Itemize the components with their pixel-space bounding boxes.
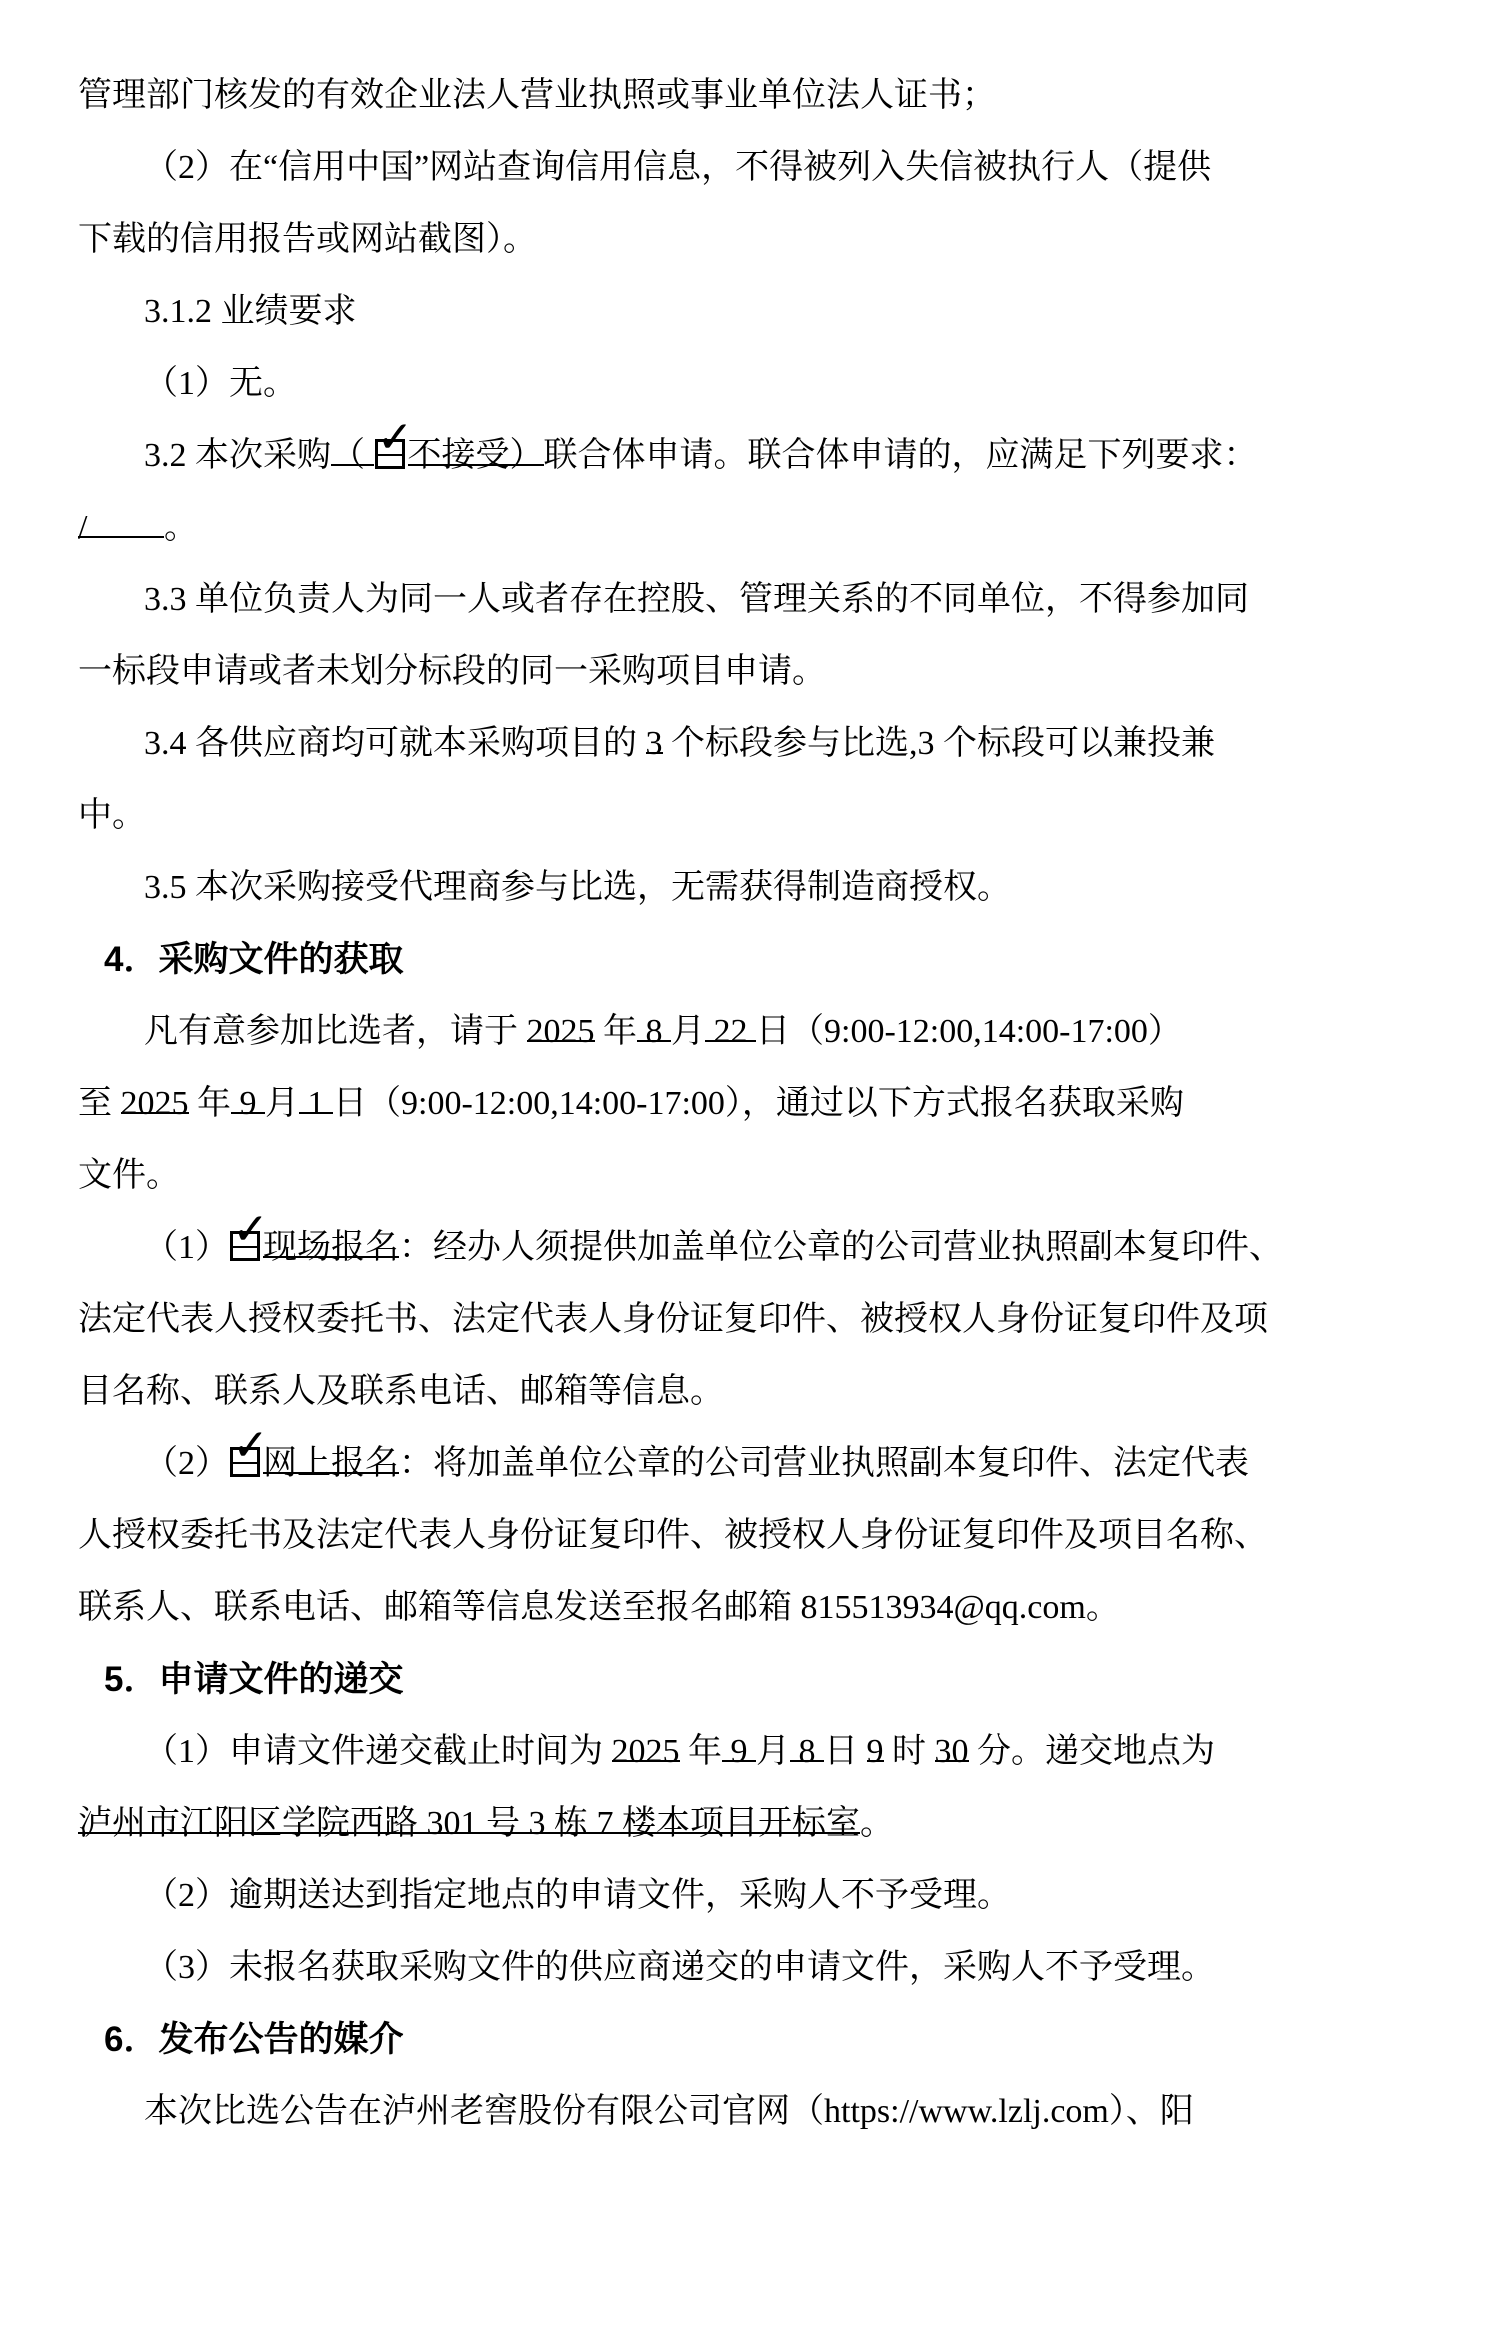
text-run: 9 [722, 1733, 756, 1772]
text-run: 文件。 [78, 1157, 180, 1194]
para-submission-deadline: （1）申请文件递交截止时间为 2025 年 9 月 8 日 9 时 30 分。递… [78, 1716, 1430, 1788]
text-run: （2） [144, 1445, 229, 1482]
text-run: 8 [637, 1013, 671, 1052]
text-run: 8 [790, 1733, 824, 1772]
text-run: 2025 [527, 1013, 595, 1052]
clause-3-5: 3.5 本次采购接受代理商参与比选，无需获得制造商授权。 [78, 852, 1430, 924]
text-run: （1）无。 [144, 365, 297, 402]
text-run: 管理部门核发的有效企业法人营业执照或事业单位法人证书； [78, 77, 996, 114]
text-run: （1）申请文件递交截止时间为 [144, 1733, 612, 1770]
text-run: 联系人、联系电话、邮箱等信息发送至报名邮箱 815513934@qq.com。 [78, 1589, 1120, 1626]
text-run: 一标段申请或者未划分标段的同一采购项目申请。 [78, 653, 826, 690]
para-submission-address: 泸州市江阳区学院西路 301 号 3 栋 7 楼本项目开标室。 [78, 1788, 1430, 1860]
checked-checkbox-icon [230, 1447, 260, 1477]
para-obtain-docs-date: 凡有意参加比选者，请于 2025 年 8 月 22 日（9:00-12:00,1… [78, 996, 1430, 1068]
text-run: 3.2 本次采购 [144, 437, 331, 474]
text-run: 月 [671, 1013, 705, 1050]
text-run: 30 [935, 1733, 969, 1772]
text-run: 中。 [78, 797, 146, 834]
checked-checkbox-icon [230, 1231, 260, 1261]
text-run: 3.5 本次采购接受代理商参与比选，无需获得制造商授权。 [144, 869, 1011, 906]
para-onsite-signup-cont-2: 目名称、联系人及联系电话、邮箱等信息。 [78, 1356, 1430, 1428]
para-onsite-signup-cont-1: 法定代表人授权委托书、法定代表人身份证复印件、被授权人身份证复印件及项 [78, 1284, 1430, 1356]
text-run: 日（9:00-12:00,14:00-17:00），通过以下方式报名获取采购 [333, 1085, 1184, 1122]
text-run: 月 [756, 1733, 790, 1770]
text-run: 目名称、联系人及联系电话、邮箱等信息。 [78, 1373, 724, 1410]
text-run: 6．发布公告的媒介 [104, 2020, 403, 2059]
para-onsite-signup: （1）现场报名：经办人须提供加盖单位公章的公司营业执照副本复印件、 [78, 1212, 1430, 1284]
text-run: 。 [860, 1805, 894, 1842]
text-run: 3.3 单位负责人为同一人或者存在控股、管理关系的不同单位，不得参加同 [144, 581, 1249, 618]
text-run: / [78, 509, 164, 548]
text-run: 3.1.2 业绩要求 [144, 293, 357, 330]
text-run: 网上报名 [263, 1445, 399, 1484]
text-run: 年 [595, 1013, 638, 1050]
clause-3-1-2: 3.1.2 业绩要求 [78, 276, 1430, 348]
text-run: 3.4 各供应商均可就本采购项目的 [144, 725, 646, 762]
para-announcement-media: 本次比选公告在泸州老窖股份有限公司官网（https://www.lzlj.com… [78, 2076, 1430, 2148]
checked-checkbox-icon [375, 439, 405, 469]
text-run: 年 [189, 1085, 232, 1122]
document-body: 管理部门核发的有效企业法人营业执照或事业单位法人证书；（2）在“信用中国”网站查… [78, 60, 1430, 2148]
clause-3-2: 3.2 本次采购（ 不接受）联合体申请。联合体申请的，应满足下列要求： [78, 420, 1430, 492]
text-run: 凡有意参加比选者，请于 [144, 1013, 527, 1050]
text-run: 下载的信用报告或网站截图）。 [78, 221, 537, 258]
heading-5: 5．申请文件的递交 [78, 1644, 1430, 1716]
text-run: 2025 [612, 1733, 680, 1772]
para-online-signup-cont-2: 联系人、联系电话、邮箱等信息发送至报名邮箱 815513934@qq.com。 [78, 1572, 1430, 1644]
text-run: 个标段参与比选,3 个标段可以兼投兼 [663, 725, 1216, 762]
text-run: 1 [299, 1085, 333, 1124]
clause-3-4: 3.4 各供应商均可就本采购项目的 3 个标段参与比选,3 个标段可以兼投兼 [78, 708, 1430, 780]
text-run: 分。递交地点为 [969, 1733, 1216, 1770]
clause-3-2-blank: / 。 [78, 492, 1430, 564]
text-run: 不接受） [408, 437, 544, 476]
text-run: 22 [705, 1013, 756, 1052]
text-run: 现场报名 [263, 1229, 399, 1268]
text-run: 9 [231, 1085, 265, 1124]
para-obtain-docs-date-cont: 至 2025 年 9 月 1 日（9:00-12:00,14:00-17:00）… [78, 1068, 1430, 1140]
text-run: 泸州市江阳区学院西路 301 号 3 栋 7 楼本项目开标室 [78, 1805, 860, 1844]
text-run: 2025 [121, 1085, 189, 1124]
text-run: 日 [824, 1733, 867, 1770]
text-run: 法定代表人授权委托书、法定代表人身份证复印件、被授权人身份证复印件及项 [78, 1301, 1268, 1338]
text-run: 4．采购文件的获取 [104, 940, 403, 979]
heading-6: 6．发布公告的媒介 [78, 2004, 1430, 2076]
text-run: ：经办人须提供加盖单位公章的公司营业执照副本复印件、 [399, 1229, 1283, 1266]
para-credit-china-cont: 下载的信用报告或网站截图）。 [78, 204, 1430, 276]
text-run: 人授权委托书及法定代表人身份证复印件、被授权人身份证复印件及项目名称、 [78, 1517, 1268, 1554]
text-run: 本次比选公告在泸州老窖股份有限公司官网（https://www.lzlj.com… [144, 2093, 1194, 2130]
text-run: （1） [144, 1229, 229, 1266]
document-page: 管理部门核发的有效企业法人营业执照或事业单位法人证书；（2）在“信用中国”网站查… [0, 0, 1500, 2339]
para-online-signup: （2）网上报名：将加盖单位公章的公司营业执照副本复印件、法定代表 [78, 1428, 1430, 1500]
para-qualification-cont: 管理部门核发的有效企业法人营业执照或事业单位法人证书； [78, 60, 1430, 132]
text-run: 至 [78, 1085, 121, 1122]
text-run: 3 [646, 725, 663, 764]
text-run: （2）在“信用中国”网站查询信用信息，不得被列入失信被执行人（提供 [144, 149, 1211, 186]
para-obtain-docs-date-end: 文件。 [78, 1140, 1430, 1212]
text-run: （3）未报名获取采购文件的供应商递交的申请文件，采购人不予受理。 [144, 1949, 1215, 1986]
clause-3-3-cont: 一标段申请或者未划分标段的同一采购项目申请。 [78, 636, 1430, 708]
para-unregistered-submission: （3）未报名获取采购文件的供应商递交的申请文件，采购人不予受理。 [78, 1932, 1430, 2004]
text-run: ：将加盖单位公章的公司营业执照副本复印件、法定代表 [399, 1445, 1249, 1482]
text-run: 时 [884, 1733, 935, 1770]
text-run: 9 [867, 1733, 884, 1772]
text-run: （ [331, 437, 374, 476]
para-credit-china: （2）在“信用中国”网站查询信用信息，不得被列入失信被执行人（提供 [78, 132, 1430, 204]
text-run: 年 [680, 1733, 723, 1770]
para-late-submission: （2）逾期送达到指定地点的申请文件，采购人不予受理。 [78, 1860, 1430, 1932]
text-run: 联合体申请。联合体申请的，应满足下列要求： [544, 437, 1258, 474]
text-run: 日（9:00-12:00,14:00-17:00） [756, 1013, 1182, 1050]
text-run: （2）逾期送达到指定地点的申请文件，采购人不予受理。 [144, 1877, 1011, 1914]
clause-3-3: 3.3 单位负责人为同一人或者存在控股、管理关系的不同单位，不得参加同 [78, 564, 1430, 636]
text-run: 月 [265, 1085, 299, 1122]
clause-3-1-2-item-1: （1）无。 [78, 348, 1430, 420]
text-run: 。 [164, 509, 198, 546]
para-online-signup-cont-1: 人授权委托书及法定代表人身份证复印件、被授权人身份证复印件及项目名称、 [78, 1500, 1430, 1572]
clause-3-4-cont: 中。 [78, 780, 1430, 852]
text-run: 5．申请文件的递交 [104, 1660, 403, 1699]
heading-4: 4．采购文件的获取 [78, 924, 1430, 996]
